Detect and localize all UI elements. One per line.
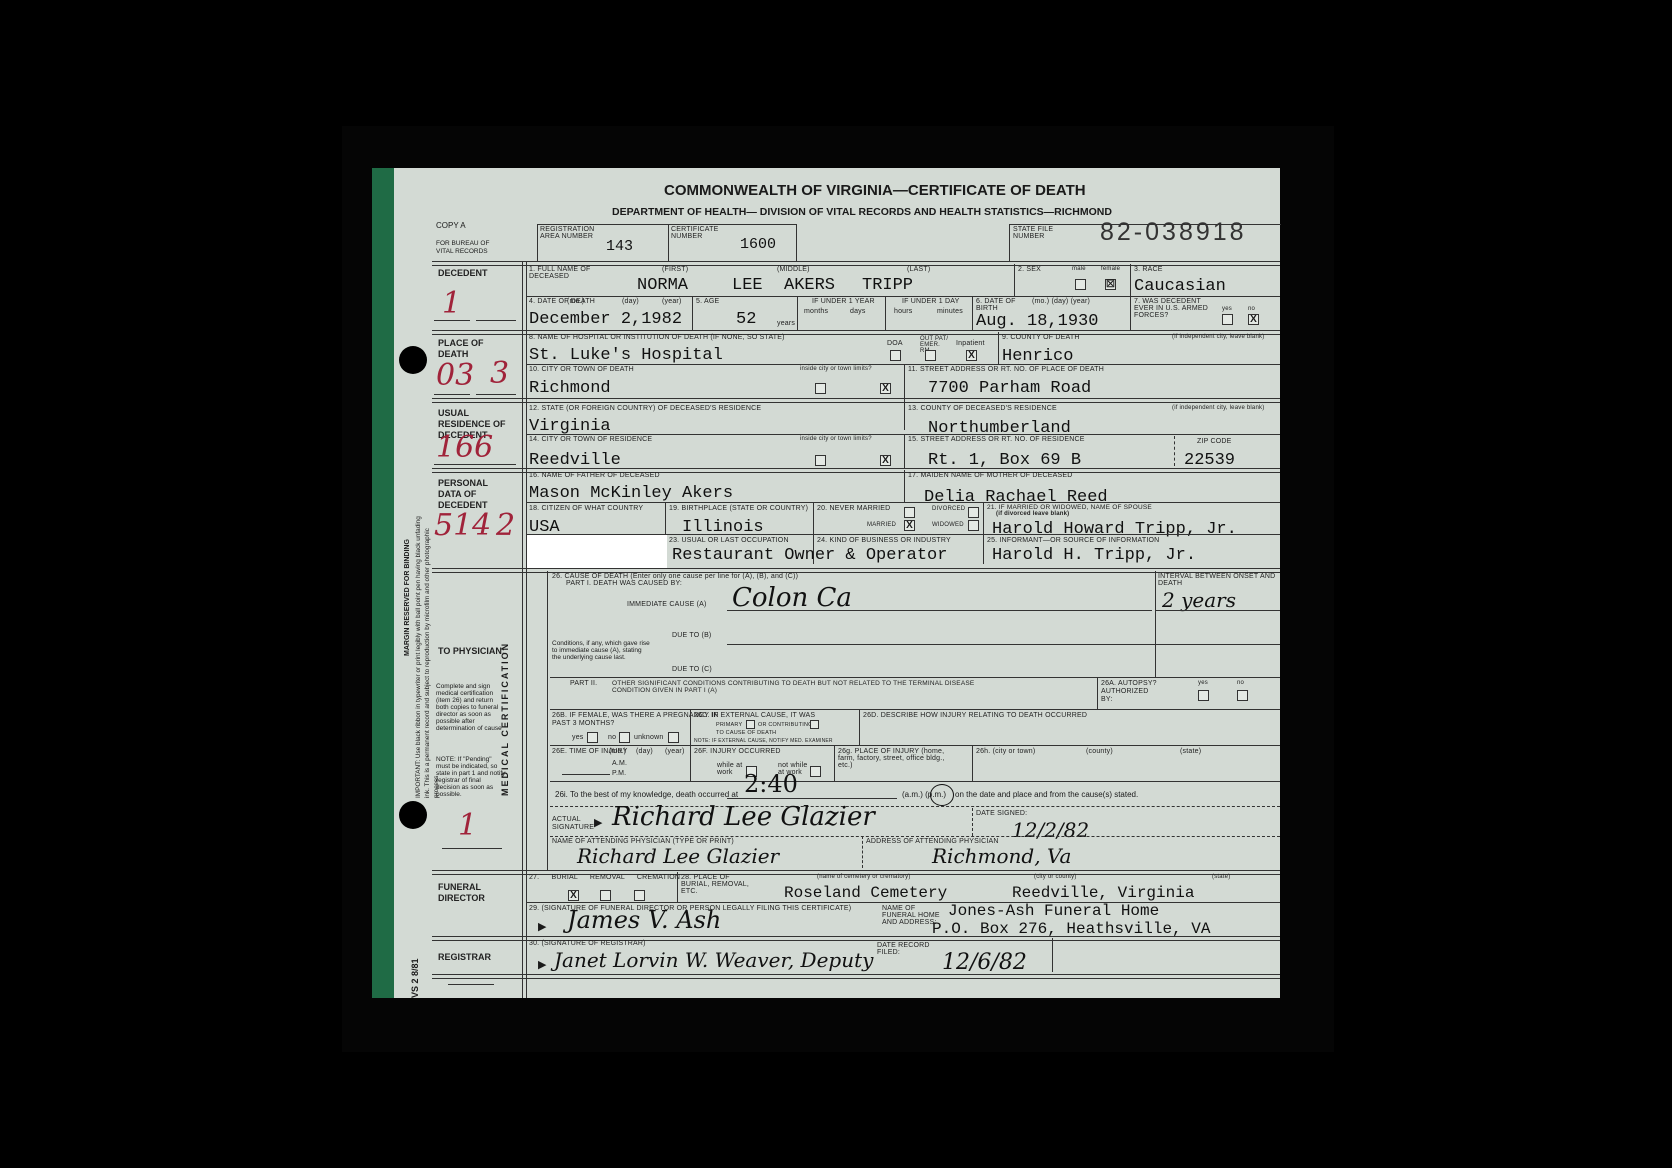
sex-male-checkbox[interactable] [1075, 279, 1086, 290]
dob-label: 6. DATE OF BIRTH [976, 298, 1026, 312]
doa-checkbox[interactable] [890, 350, 901, 361]
code-line [476, 394, 516, 395]
age-value: 52 [736, 310, 756, 329]
county-death-label: 9. COUNTY OF DEATH [1002, 334, 1080, 341]
divider [1130, 264, 1131, 296]
primary-label: PRIMARY [716, 722, 742, 728]
street-death-label: 11. STREET ADDRESS OR RT. NO. OF PLACE O… [908, 366, 1104, 373]
divider [904, 470, 905, 502]
fd-signature: James V. Ash [567, 906, 721, 934]
rule [527, 296, 1280, 297]
inpatient-label: Inpatient [956, 340, 985, 347]
state-file-number: 82-038918 [1100, 218, 1247, 247]
certificate-title: COMMONWEALTH OF VIRGINIA—CERTIFICATE OF … [664, 182, 1086, 199]
rule [727, 798, 897, 799]
name-label: 1. FULL NAME OF DECEASED [529, 266, 599, 280]
divider [1097, 677, 1098, 709]
section-funeral-director: FUNERAL DIRECTOR [438, 882, 508, 904]
no-label: no [608, 734, 616, 741]
divider [1155, 571, 1156, 677]
injury-occurred-label: 26f. INJURY OCCURRED [694, 748, 781, 755]
under-year-label: IF UNDER 1 YEAR [812, 298, 875, 305]
divider [677, 872, 678, 902]
code-medical: 1 [458, 808, 477, 843]
divider [904, 434, 905, 468]
binding-strip [372, 168, 394, 998]
important-note: IMPORTANT: Use black ribbon in typewrite… [414, 508, 441, 798]
immediate-cause-value: Colon Ca [732, 583, 852, 613]
divider [972, 745, 973, 781]
yes-label: yes [1198, 680, 1208, 686]
pending-note: NOTE: If "Pending" must be indicated, so… [436, 756, 506, 798]
primary-checkbox[interactable] [746, 720, 755, 729]
county-res-label: 13. COUNTY OF DECEASED'S RESIDENCE [908, 405, 1057, 412]
code-line [442, 848, 502, 849]
external-note: NOTE: IF EXTERNAL CAUSE, NOTIFY MED. EXA… [694, 738, 833, 744]
father-value: Mason McKinley Akers [529, 484, 733, 503]
part1-label: PART I. DEATH WAS CAUSED BY: [566, 580, 682, 587]
divider [1130, 296, 1131, 330]
state-sub-label: (state) [1212, 874, 1230, 880]
redacted-ssn [527, 535, 667, 568]
widowed-checkbox[interactable] [968, 520, 979, 531]
sex-label: 2. SEX [1018, 266, 1041, 273]
arrow-icon: ▶ [594, 816, 602, 829]
divider [885, 296, 886, 330]
indep-city-note: (if independent city, leave blank) [1172, 334, 1264, 340]
widowed-label: WIDOWED [932, 522, 964, 528]
day-label: (day) [622, 298, 639, 305]
cemetery-sub-label: (name of cemetery or crematory) [817, 874, 911, 880]
pm-circle-mark [930, 784, 954, 806]
date-of-birth: Aug. 18,1930 [976, 312, 1098, 331]
burial-checkbox[interactable]: X [568, 890, 579, 901]
code-line [434, 320, 470, 321]
divider [1052, 938, 1053, 972]
armed-no-checkbox[interactable]: X [1248, 314, 1259, 325]
city-res-yes-checkbox[interactable] [815, 455, 826, 466]
divider [972, 808, 974, 836]
rule [550, 745, 1280, 746]
autopsy-yes-checkbox[interactable] [1198, 690, 1209, 701]
registrar-signature: Janet Lorvin W. Weaver, Deputy [554, 948, 873, 972]
inside-limits-label: inside city or town limits? [800, 366, 872, 372]
injury-city-label: 26h. (city or town) [976, 748, 1035, 755]
pm-label: P.M. [612, 770, 626, 777]
year-label: (year) [662, 298, 681, 305]
rule [550, 709, 1280, 710]
street-death-value: 7700 Parham Road [928, 379, 1091, 398]
punch-hole [399, 346, 427, 374]
occupation-label: 23. USUAL OR LAST OCCUPATION [669, 537, 789, 544]
place-injury-label: 26g. PLACE OF INJURY (home, farm, factor… [838, 748, 948, 769]
code-line [434, 464, 516, 465]
race-value: Caucasian [1134, 277, 1226, 296]
date-signed-value: 12/2/82 [1012, 818, 1089, 842]
column-rule [522, 261, 527, 998]
conditions-note: Conditions, if any, which gave rise to i… [552, 640, 652, 661]
code-residence: 166 [436, 430, 493, 465]
married-checkbox[interactable]: X [904, 520, 915, 531]
for-bureau-label: FOR BUREAU OF VITAL RECORDS [436, 240, 506, 256]
inside-limits-label: inside city or town limits? [800, 436, 872, 442]
state-file-label: STATE FILE NUMBER [1013, 226, 1073, 240]
rule [432, 974, 1280, 979]
section-decedent: DECEDENT [438, 268, 488, 279]
maiden-name: AKERS [784, 276, 835, 295]
date-signed-label: DATE SIGNED: [976, 810, 1027, 817]
contributing-checkbox[interactable] [810, 720, 819, 729]
autopsy-no-checkbox[interactable] [1237, 690, 1248, 701]
divider [972, 296, 973, 330]
burial-place-label: 28. PLACE OF BURIAL, REMOVAL, ETC. [681, 874, 751, 895]
zip-label: ZIP CODE [1197, 438, 1232, 445]
code-personal-a: 514 [434, 508, 491, 543]
divider [547, 571, 548, 871]
death-certificate: MARGIN RESERVED FOR BINDING IMPORTANT: U… [372, 168, 1280, 998]
last-name: TRIPP [862, 276, 913, 295]
am-label: A.M. [612, 760, 627, 767]
rule [1155, 610, 1280, 611]
informant-label: 25. INFORMANT—OR SOURCE OF INFORMATION [987, 537, 1159, 544]
city-res-label: 14. CITY OR TOWN OF RESIDENCE [529, 436, 652, 443]
days-label: days [850, 308, 866, 315]
divider [859, 709, 860, 745]
divider [797, 296, 798, 330]
to-cause-label: TO CAUSE OF DEATH [716, 730, 776, 736]
date-filed-value: 12/6/82 [942, 950, 1027, 975]
indep-city-note: (if independent city, leave blank) [1172, 405, 1264, 411]
male-label: male [1072, 266, 1086, 272]
divider [1174, 436, 1176, 466]
removal-checkbox[interactable] [600, 890, 611, 901]
spouse-label: 21. IF MARRIED OR WIDOWED, NAME OF SPOUS… [987, 504, 1152, 511]
rule [727, 610, 1152, 611]
time-of-death: 2:40 [744, 770, 798, 798]
rule [550, 677, 1280, 678]
citizen-label: 18. CITIZEN OF WHAT COUNTRY [529, 505, 643, 512]
divider [834, 745, 835, 781]
first-label: (first) [662, 266, 688, 273]
section-personal-data: PERSONAL DATA OF DECEDENT [438, 478, 508, 511]
mo-label: (mo.) [609, 748, 626, 755]
divider [1014, 264, 1015, 296]
state-res-label: 12. STATE (OR FOREIGN COUNTRY) OF DECEAS… [529, 405, 761, 412]
not-while-work-checkbox[interactable] [810, 766, 821, 777]
pregnancy-no-checkbox[interactable] [619, 732, 630, 743]
rule [550, 781, 1280, 782]
months-label: months [804, 308, 828, 315]
arrow-icon: ▶ [538, 958, 546, 971]
never-married-label: 20. NEVER MARRIED [817, 505, 890, 512]
doa-label: DOA [887, 340, 903, 347]
hospital-value: St. Luke's Hospital [529, 346, 723, 365]
inpatient-checkbox[interactable]: X [966, 350, 977, 361]
knowledge-statement: 26i. To the best of my knowledge, death … [555, 790, 738, 799]
arrow-icon: ▶ [538, 920, 546, 933]
hours-label: hours [894, 308, 913, 315]
form-code: VS 2 8/81 [410, 958, 420, 998]
outpat-checkbox[interactable] [925, 350, 936, 361]
date-of-death: December 2,1982 [529, 310, 682, 329]
injury-desc-label: 26d. DESCRIBE HOW INJURY RELATING TO DEA… [863, 712, 1087, 719]
city-sub-label: (city or county) [1034, 874, 1077, 880]
no-label: no [1248, 306, 1255, 312]
race-label: 3. RACE [1134, 266, 1163, 273]
code-personal-b: 2 [496, 508, 515, 543]
divider [862, 836, 864, 868]
rule [527, 902, 1280, 903]
city-death-yes-checkbox[interactable] [815, 383, 826, 394]
married-label: MARRIED [867, 522, 896, 528]
external-cause-label: 26c. IF EXTERNAL CAUSE, IT WAS [694, 712, 815, 719]
never-married-checkbox[interactable] [904, 507, 915, 518]
rule [727, 644, 1280, 645]
state-label: (state) [1180, 748, 1201, 755]
code-line [476, 320, 516, 321]
street-res-label: 15. STREET ADDRESS OR RT. NO. OF RESIDEN… [908, 436, 1085, 443]
autopsy-label: 26a. AUTOPSY? AUTHORIZED BY: [1101, 680, 1161, 704]
part2-text: OTHER SIGNIFICANT CONDITIONS CONTRIBUTIN… [612, 680, 1012, 694]
year-label: (year) [665, 748, 684, 755]
informant-value: Harold H. Tripp, Jr. [992, 546, 1196, 565]
divider [998, 332, 999, 364]
copy-label: COPY A [436, 221, 466, 230]
business-label: 24. KIND OF BUSINESS OR INDUSTRY [817, 537, 951, 544]
code-place-a: 03 [436, 358, 474, 393]
mother-label: 17. MAIDEN NAME OF MOTHER OF DECEASED [908, 472, 1073, 479]
funeral-home-name: Jones-Ash Funeral Home [948, 902, 1159, 920]
years-label: years [777, 320, 795, 327]
punch-hole [399, 801, 427, 829]
dod-label: 4. DATE OF DEATH [529, 298, 679, 305]
interval-label: INTERVAL BETWEEN ONSET AND DEATH [1158, 573, 1278, 587]
code-line [434, 394, 470, 395]
occupation-value: Restaurant Owner & Operator [672, 546, 947, 565]
city-death-no-checkbox[interactable]: X [880, 383, 891, 394]
physician-signature: Richard Lee Glazier [612, 802, 875, 832]
city-res-no-checkbox[interactable]: X [880, 455, 891, 466]
registration-label: REGISTRATION AREA NUMBER [540, 226, 610, 240]
dob-sub-label: (mo.) (day) (year) [1032, 298, 1090, 305]
date-filed-label: DATE RECORD FILED: [877, 942, 937, 956]
age-label: 5. AGE [696, 298, 719, 305]
divider [668, 224, 669, 261]
registrar-signature-label: 30. (signature of registrar) [529, 940, 646, 947]
pregnancy-unknown-checkbox[interactable] [668, 732, 679, 743]
certificate-number-label: CERTIFICATE NUMBER [671, 226, 731, 240]
rule [562, 774, 610, 775]
divider [904, 364, 905, 430]
code-line [448, 984, 494, 985]
cause-label: 26. CAUSE OF DEATH (Enter only one cause… [552, 573, 798, 580]
section-registrar: REGISTRAR [438, 952, 491, 963]
last-label: (last) [907, 266, 930, 273]
divider [983, 502, 984, 564]
city-death-value: Richmond [529, 379, 611, 398]
binding-margin-label: MARGIN RESERVED FOR BINDING [404, 539, 411, 656]
certificate-subtitle: DEPARTMENT OF HEALTH— DIVISION OF VITAL … [612, 206, 1112, 218]
contributing-label: or CONTRIBUTING [758, 722, 813, 728]
pregnancy-yes-checkbox[interactable] [587, 732, 598, 743]
stated-text: on the date and place and from the cause… [955, 790, 1138, 799]
due-to-c-label: DUE TO (C) [672, 666, 712, 673]
mo-label: (mo.) [567, 298, 584, 305]
physician-instructions: Complete and sign medical certification … [436, 683, 506, 732]
under-day-label: IF UNDER 1 DAY [902, 298, 960, 305]
disposition-label: 27. BURIAL REMOVAL CREMATION [529, 874, 680, 881]
first-name: NORMA [637, 276, 688, 295]
divider [692, 296, 693, 330]
day-label: (day) [636, 748, 653, 755]
signature-label: ACTUAL SIGNATURE [552, 816, 596, 832]
armed-yes-checkbox[interactable] [1222, 314, 1233, 325]
immediate-cause-label: IMMEDIATE CAUSE (A) [627, 601, 707, 608]
father-label: 16. NAME OF FATHER OF DECEASED [529, 472, 660, 479]
cemetery-value: Roseland Cemetery [784, 884, 947, 902]
code-decedent: 1 [442, 286, 461, 321]
cremation-checkbox[interactable] [634, 890, 645, 901]
physician-address-value: Richmond, Va [932, 844, 1071, 868]
due-to-b-label: DUE TO (B) [672, 632, 711, 639]
city-death-label: 10. CITY OR TOWN OF DEATH [529, 366, 634, 373]
middle-label: (middle) [777, 266, 810, 273]
birthplace-label: 19. BIRTHPLACE (state or country) [669, 505, 808, 512]
yes-label: yes [1222, 306, 1232, 312]
while-work-label: while at work [717, 762, 747, 776]
cemetery-location: Reedville, Virginia [1012, 884, 1194, 902]
registration-value: 143 [606, 238, 633, 255]
spouse-note: (if divorced leave blank) [996, 511, 1069, 517]
female-label: female [1101, 266, 1120, 272]
yes-label: yes [572, 734, 584, 741]
no-label: no [1237, 680, 1244, 686]
rule [527, 502, 1280, 503]
certificate-number: 1600 [740, 236, 776, 253]
part2-label: PART II. [570, 680, 597, 687]
middle-name: LEE [732, 276, 763, 295]
unknown-label: unknown [634, 734, 663, 741]
rule [432, 398, 1280, 403]
hospital-label: 8. NAME OF HOSPITAL OR INSTITUTION OF DE… [529, 334, 785, 341]
divorced-checkbox[interactable] [968, 507, 979, 518]
section-to-physician: TO PHYSICIAN: [438, 644, 508, 658]
armed-forces-label: 7. WAS DECEDENT EVER IN U.S. ARMED FORCE… [1134, 298, 1219, 319]
code-place-b: 3 [490, 356, 509, 391]
minutes-label: minutes [937, 308, 963, 315]
county-label: (county) [1086, 748, 1113, 755]
sex-female-checkbox[interactable]: ☒ [1105, 279, 1116, 290]
interval-value: 2 years [1162, 588, 1236, 612]
divorced-label: DIVORCED [932, 506, 965, 512]
physician-name-value: Richard Lee Glazier [577, 844, 779, 868]
